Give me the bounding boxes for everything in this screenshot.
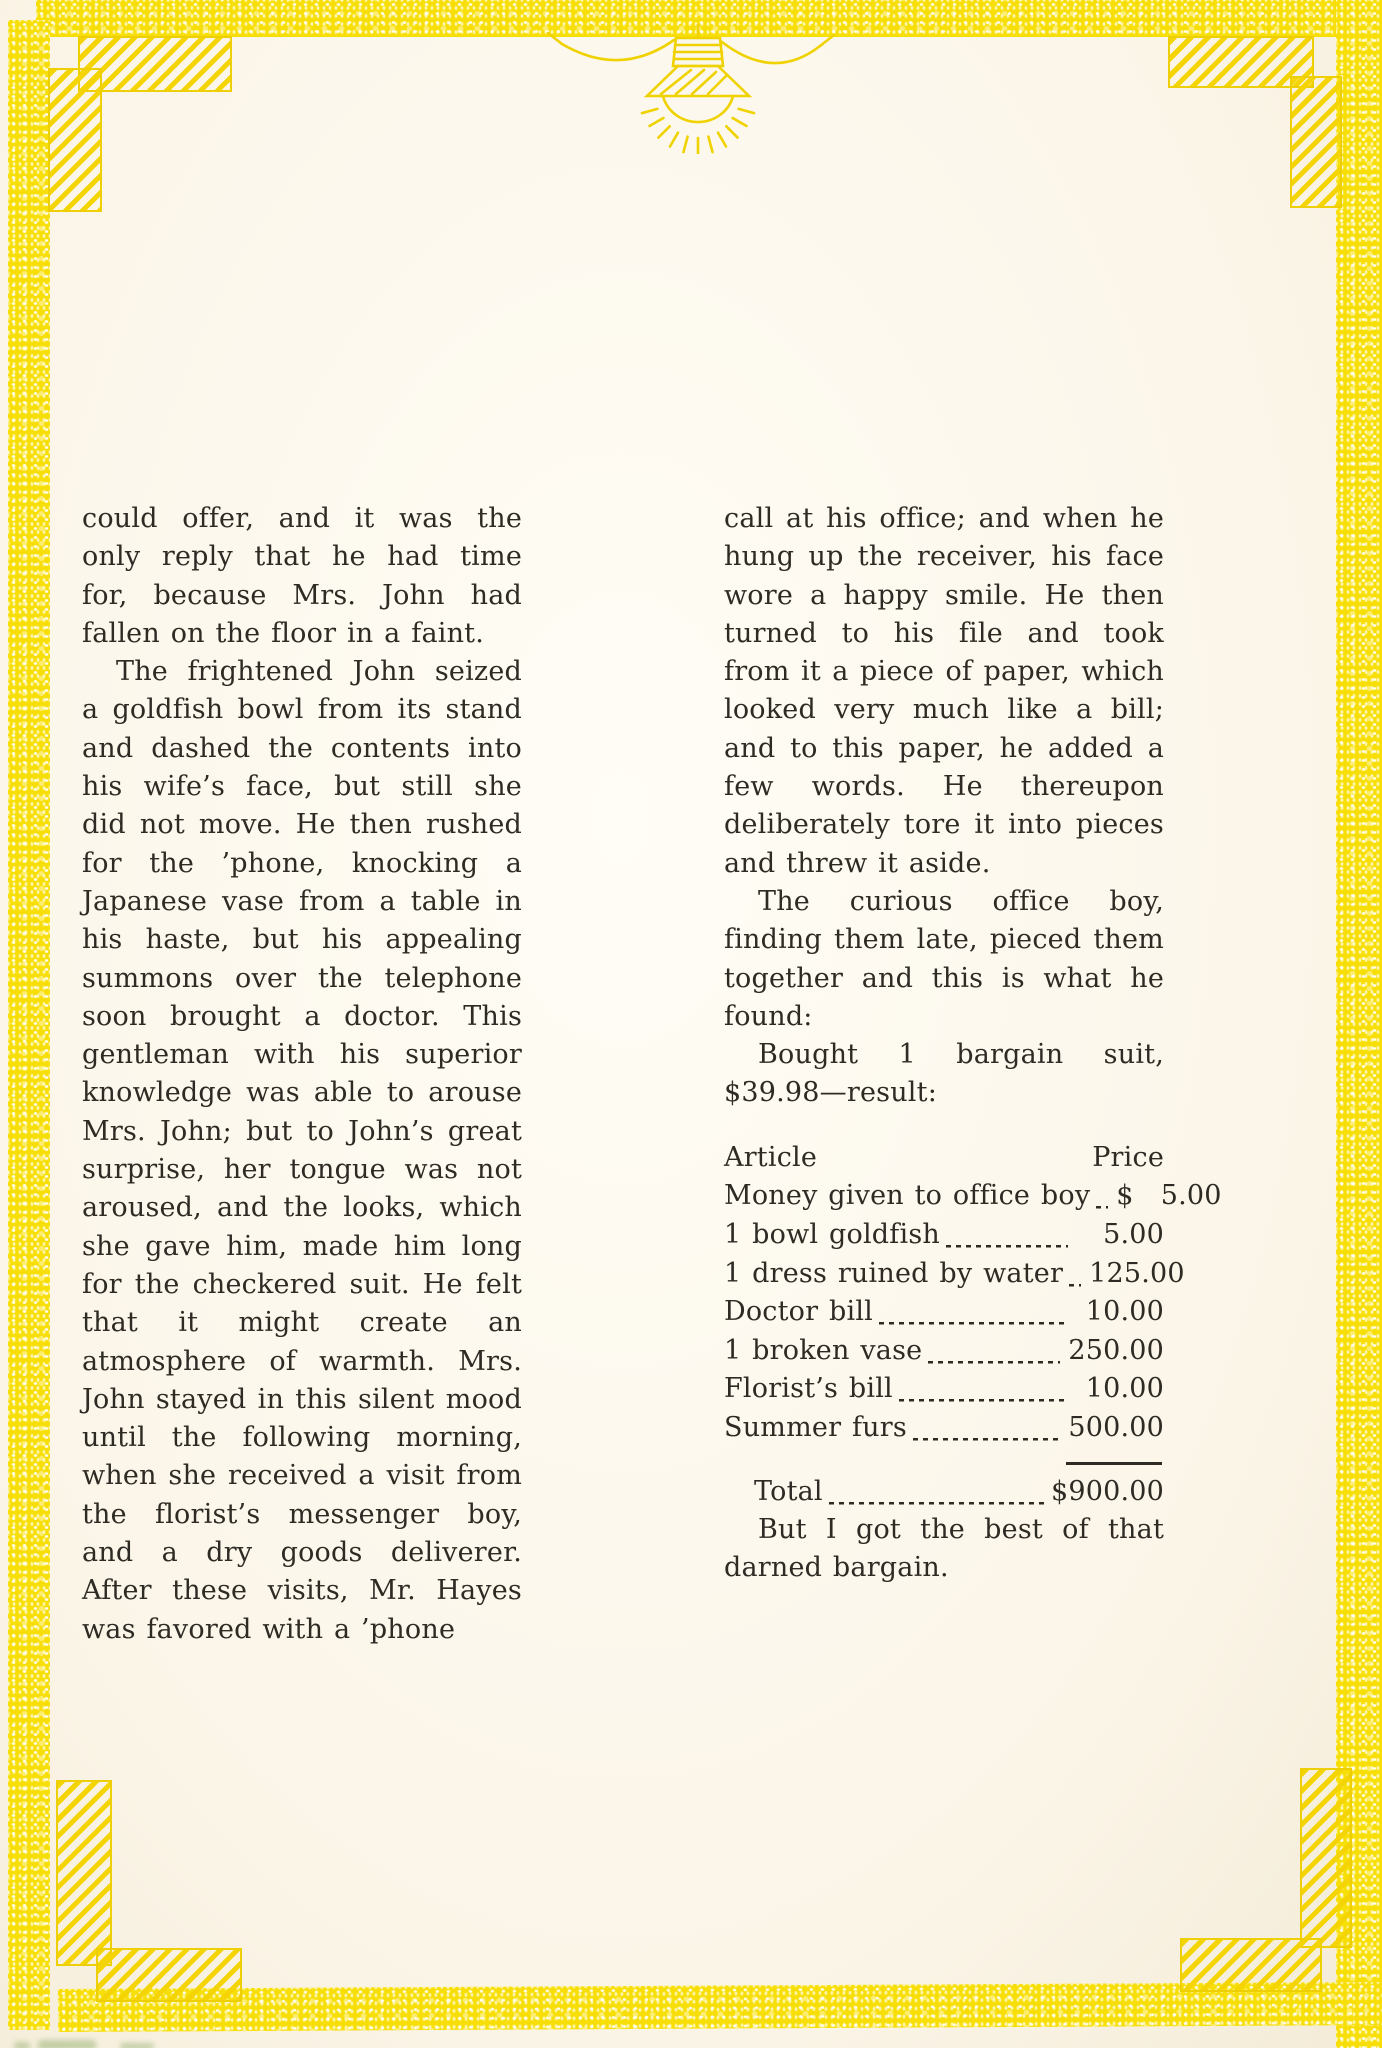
corner-hatch-top-left-vertical — [48, 68, 102, 212]
table-row: Summer furs 500.00 — [724, 1409, 1164, 1448]
table-row: Money given to office boy $ 5.00 — [724, 1177, 1164, 1216]
currency-sign: $ — [1116, 1177, 1133, 1216]
border-band-left — [8, 20, 50, 2030]
right-text-column: call at his office; and when he hung up … — [724, 500, 1164, 1588]
paragraph-continuation: call at his office; and when he hung up … — [724, 500, 1164, 883]
table-row: Doctor bill 10.00 — [724, 1293, 1164, 1332]
dot-leader — [928, 1346, 1060, 1370]
dot-leader — [829, 1487, 1045, 1511]
dot-leader — [1096, 1192, 1108, 1216]
total-label: Total — [724, 1473, 823, 1512]
table-row: Florist’s bill 10.00 — [724, 1370, 1164, 1409]
table-row: 1 bowl goldfish 5.00 — [724, 1216, 1164, 1255]
border-band-right — [1336, 0, 1382, 2048]
table-row: 1 dress ruined by water 125.00 — [724, 1255, 1164, 1294]
paragraph: The frightened John seized a goldfish bo… — [82, 653, 522, 1649]
paragraph: Bought 1 bargain suit, $39.98—result: — [724, 1036, 1164, 1113]
corner-hatch-bottom-left-vertical — [56, 1780, 112, 1966]
dot-leader — [899, 1385, 1068, 1409]
corner-hatch-bottom-left-horizontal — [96, 1948, 242, 2002]
table-header-row: Article Price — [724, 1139, 1164, 1178]
print-through-mark — [120, 2043, 154, 2048]
dot-leader — [879, 1308, 1068, 1332]
closing-paragraph: But I got the best of that darned bargai… — [724, 1511, 1164, 1588]
print-through-mark — [14, 2042, 30, 2048]
column-header-price: Price — [1092, 1139, 1164, 1178]
print-through-mark — [38, 2040, 96, 2048]
corner-hatch-top-right-vertical — [1290, 76, 1342, 208]
table-row: 1 broken vase 250.00 — [724, 1332, 1164, 1371]
dot-leader — [1069, 1269, 1081, 1293]
expense-table: Article Price Money given to office boy … — [724, 1139, 1164, 1511]
corner-hatch-bottom-right-vertical — [1300, 1768, 1352, 1948]
ceiling-lamp-illustration — [460, 24, 940, 154]
table-total-row: Total $900.00 — [724, 1473, 1164, 1512]
paragraph-continuation: could offer, and it was the only reply t… — [82, 500, 522, 653]
paragraph: The curious office boy, finding them lat… — [724, 883, 1164, 1036]
corner-hatch-bottom-right-horizontal — [1180, 1938, 1322, 1992]
dot-leader — [913, 1424, 1060, 1448]
total-rule — [1066, 1462, 1162, 1465]
left-text-column: could offer, and it was the only reply t… — [82, 500, 522, 1649]
column-header-article: Article — [724, 1139, 817, 1178]
dot-leader — [946, 1231, 1068, 1255]
total-value: $900.00 — [1051, 1473, 1164, 1512]
